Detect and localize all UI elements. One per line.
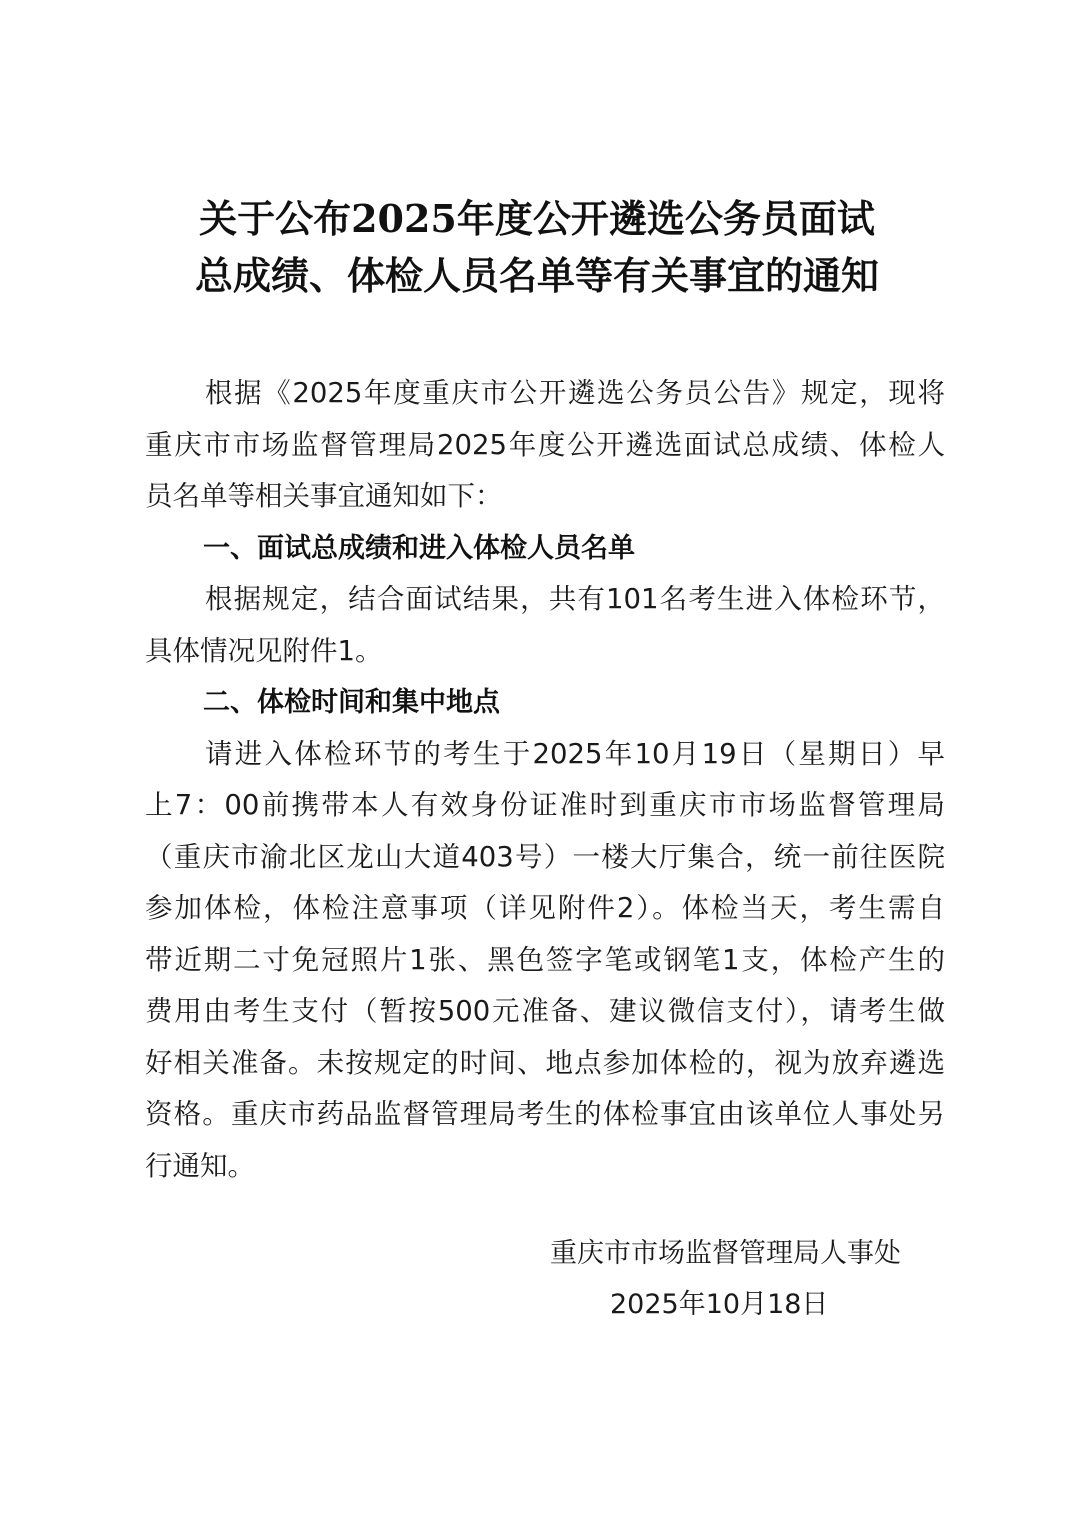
section-2-line-2: 上7：00前携带本人有效身份证准时到重庆市市场监督管理局: [145, 780, 945, 832]
section-2-line-3: （重庆市渝北区龙山大道403号）一楼大厅集合，统一前往医院: [145, 832, 945, 884]
section-2-line-6: 费用由考生支付（暂按500元准备、建议微信支付），请考生做: [145, 986, 945, 1038]
signature-issuer: 重庆市市场监督管理局人事处: [550, 1228, 901, 1279]
intro-line-3: 员名单等相关事宜通知如下：: [145, 471, 945, 523]
section-2-line-1: 请进入体检环节的考生于2025年10月19日（星期日）早: [145, 729, 945, 781]
signature-date: 2025年10月18日: [610, 1279, 828, 1330]
section-heading-2: 二、体检时间和集中地点: [145, 677, 945, 729]
document-page: 关于公布2025年度公开遴选公务员面试 总成绩、体检人员名单等有关事宜的通知 根…: [0, 0, 1074, 1520]
intro-line-1: 根据《2025年度重庆市公开遴选公务员公告》规定，现将: [145, 368, 945, 420]
title-line-1: 关于公布2025年度公开遴选公务员面试: [0, 190, 1074, 247]
document-body: 根据《2025年度重庆市公开遴选公务员公告》规定，现将 重庆市市场监督管理局20…: [145, 368, 945, 1192]
section-2-line-8: 资格。重庆市药品监督管理局考生的体检事宜由该单位人事处另: [145, 1089, 945, 1141]
section-1-line-2: 具体情况见附件1。: [145, 626, 945, 678]
title-line-2: 总成绩、体检人员名单等有关事宜的通知: [0, 247, 1074, 304]
section-2-line-5: 带近期二寸免冠照片1张、黑色签字笔或钢笔1支，体检产生的: [145, 935, 945, 987]
document-title: 关于公布2025年度公开遴选公务员面试 总成绩、体检人员名单等有关事宜的通知: [0, 190, 1074, 304]
section-2-line-9: 行通知。: [145, 1141, 945, 1193]
section-1-line-1: 根据规定，结合面试结果，共有101名考生进入体检环节，: [145, 574, 945, 626]
section-heading-1: 一、面试总成绩和进入体检人员名单: [145, 523, 945, 575]
section-2-line-7: 好相关准备。未按规定的时间、地点参加体检的，视为放弃遴选: [145, 1038, 945, 1090]
section-2-line-4: 参加体检，体检注意事项（详见附件2）。体检当天，考生需自: [145, 883, 945, 935]
intro-line-2: 重庆市市场监督管理局2025年度公开遴选面试总成绩、体检人: [145, 420, 945, 472]
